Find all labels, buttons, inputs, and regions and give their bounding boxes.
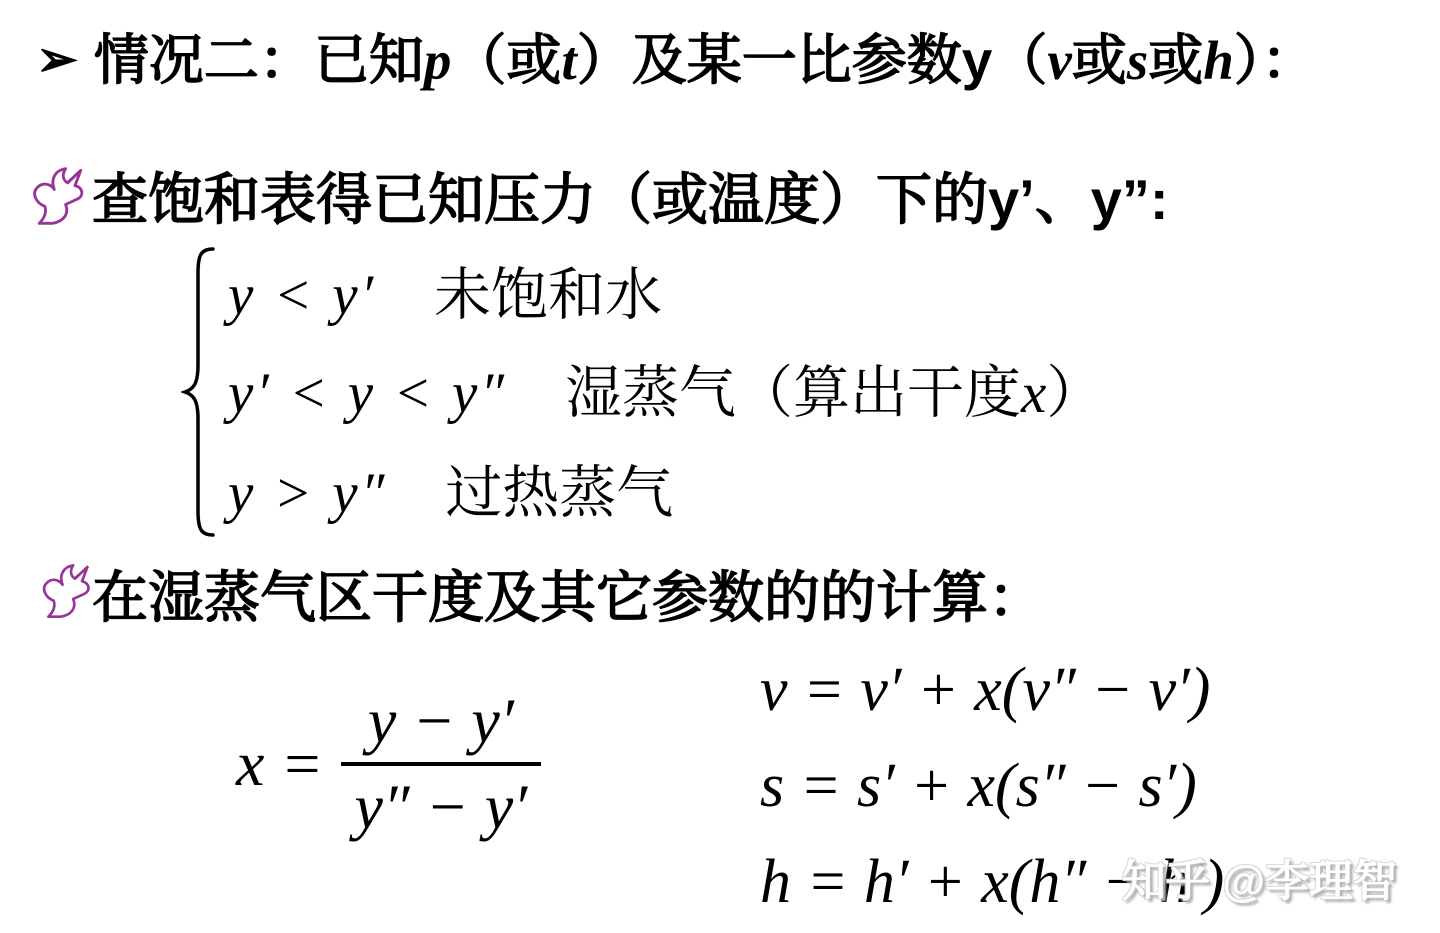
title-text: ）： [1234, 30, 1317, 91]
case-condition: y < y′ [228, 264, 376, 327]
title-var-h: h [1203, 30, 1234, 91]
dryness-var-x: x [1021, 362, 1046, 425]
title-var-t: t [561, 30, 576, 91]
saturation-bullet-line: 查饱和表得已知压力（或温度）下的y’、y”: [92, 156, 1169, 236]
title-text: 情况二：已知 [94, 30, 424, 91]
fraction-lhs: x [236, 727, 264, 801]
case-label-text: 湿蒸气（算出干度 [565, 362, 1021, 425]
title-var-p: p [424, 30, 452, 91]
title-text: （ [992, 30, 1047, 91]
equation-s: s = s′ + x(s″ − s′) [760, 738, 1224, 834]
calculation-text: 在湿蒸气区干度及其它参数的的计算： [92, 568, 1044, 630]
title-var-v: v [1047, 30, 1071, 91]
dryness-fraction-equation: x = y − y′ y″ − y′ [236, 682, 541, 846]
case-label: 未饱和水 [434, 264, 662, 327]
fraction-numerator: y − y′ [354, 682, 528, 760]
slide-title: ➢情况二：已知p（或t）及某一比参数y（v或s或h）： [36, 16, 1316, 95]
case-label-text: ） [1046, 362, 1103, 425]
title-var-s: s [1127, 30, 1148, 91]
case-label: 湿蒸气（算出干度x） [565, 362, 1103, 425]
y-double-prime-label: y”: [1091, 168, 1169, 231]
case-row-superheated: y > y″过热蒸气 [228, 448, 673, 540]
equation-v: v = v′ + x(v″ − v′) [760, 642, 1224, 738]
fraction-bar [341, 762, 542, 766]
curly-brace [181, 246, 217, 538]
arrow-bullet-icon: ➢ [36, 31, 78, 87]
dove-icon [26, 163, 92, 229]
y-prime-label: y’ [988, 168, 1035, 231]
enumeration-comma: 、 [1035, 170, 1091, 232]
dove-icon [36, 560, 98, 622]
watermark: 知乎 @李理智 [1122, 845, 1397, 909]
title-text: （或 [451, 30, 561, 91]
saturation-text: 查饱和表得已知压力（或温度）下的 [92, 170, 988, 232]
calculation-bullet-line: 在湿蒸气区干度及其它参数的的计算： [92, 554, 1044, 634]
title-text: ）及某一比参数 [577, 30, 962, 91]
case-label: 过热蒸气 [445, 462, 673, 525]
case-row-wet-steam: y′ < y < y″湿蒸气（算出干度x） [228, 348, 1103, 440]
title-text: 或 [1148, 30, 1203, 91]
case-condition: y′ < y < y″ [228, 362, 507, 425]
equals-sign: = [284, 727, 320, 801]
slide-canvas: ➢情况二：已知p（或t）及某一比参数y（v或s或h）： 查饱和表得已知压力（或温… [0, 0, 1440, 933]
title-var-y: y [962, 29, 993, 91]
title-text: 或 [1072, 30, 1127, 91]
fraction-body: y − y′ y″ − y′ [341, 682, 542, 846]
fraction-denominator: y″ − y′ [341, 768, 542, 846]
case-row-unsaturated: y < y′未饱和水 [228, 250, 662, 342]
case-condition: y > y″ [228, 462, 387, 525]
